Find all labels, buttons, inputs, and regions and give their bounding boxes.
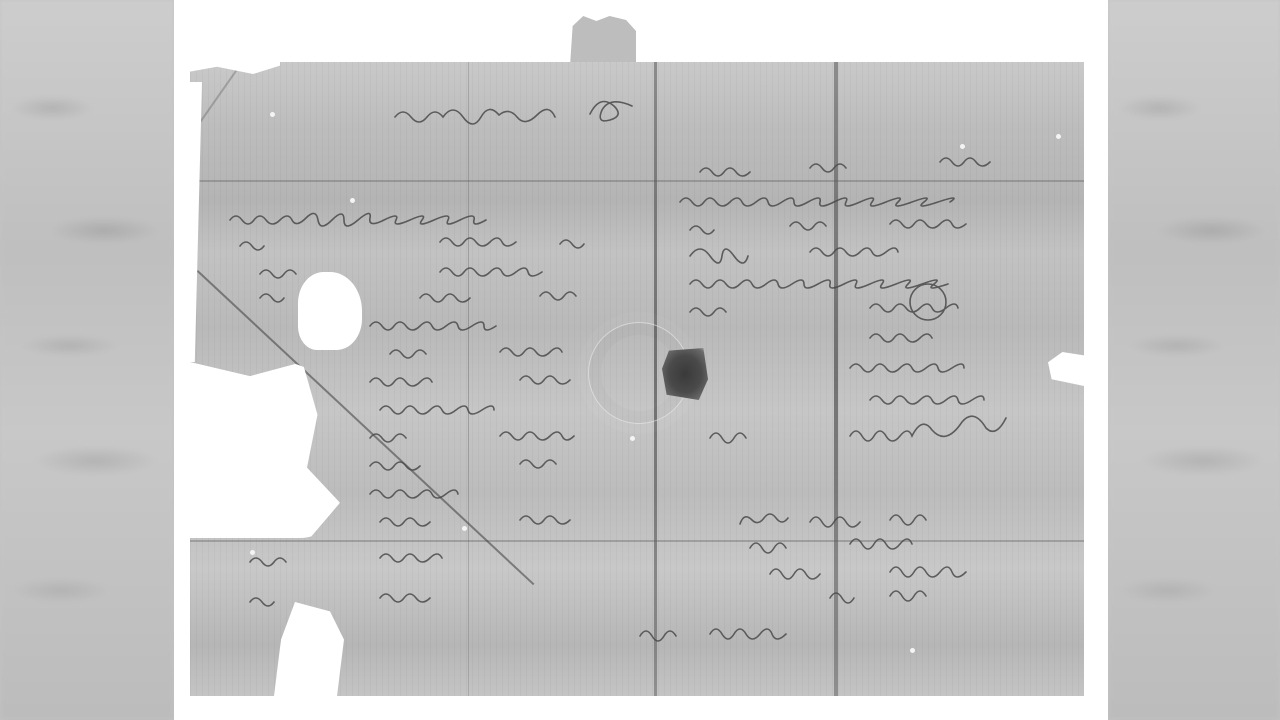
handwriting-heading [390,92,650,132]
paper-speck [910,648,915,653]
handwriting-footer [630,618,890,648]
letter-scan: Je vous prie ... [illegible] [190,62,1084,696]
handwriting-left-column [220,202,640,622]
handwriting-closing [690,402,1090,622]
torn-edge [190,82,202,362]
blurred-background-left [0,0,174,720]
document-panel: Je vous prie ... [illegible] [174,0,1108,720]
paper-speck [1056,134,1061,139]
paper-speck [960,144,965,149]
paper-speck [270,112,275,117]
paper-fragment-top [570,16,636,66]
blurred-background-right [1108,0,1280,720]
